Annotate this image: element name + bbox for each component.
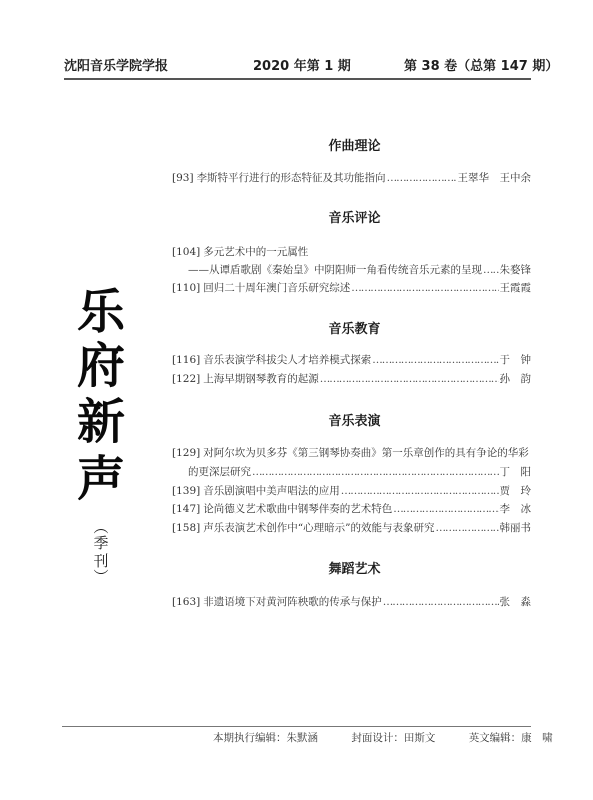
article-author: 王翠华 王中余: [458, 171, 532, 185]
article-title: 声乐表演艺术创作中“心理暗示”的效能与表象研究: [203, 521, 434, 535]
side-title-char-2: 府: [66, 342, 136, 390]
leader-dots: [341, 484, 499, 498]
article-author: 张 淼: [500, 595, 532, 609]
article-title: 多元艺术中的一元属性: [203, 245, 308, 259]
article-author: 丁 阳: [500, 465, 532, 479]
toc-entry[interactable]: [139] 音乐剧演唱中美声唱法的应用 贾 玲: [172, 484, 531, 498]
toc-entry-subtitle[interactable]: ——从谭盾歌剧《秦始皇》中阴阳师一角看传统音乐元素的呈现 朱婺锋: [188, 263, 531, 277]
article-title: 上海早期钢琴教育的起源: [203, 372, 319, 386]
page-number: [110]: [172, 281, 200, 295]
page-number: [104]: [172, 245, 200, 259]
issue-label: 2020 年第 1 期: [253, 55, 351, 74]
toc-entry[interactable]: [93] 李斯特平行进行的形态特征及其功能指向 王翠华 王中余: [172, 171, 531, 185]
english-editor: 英文编辑：康 啸: [469, 732, 553, 744]
page-number: [147]: [172, 502, 200, 516]
leader-dots: [372, 353, 498, 367]
toc-entry[interactable]: [104] 多元艺术中的一元属性: [172, 245, 531, 259]
subtitle-paren-open: ︵: [86, 520, 116, 535]
leader-dots: [393, 502, 498, 516]
article-title: 音乐表演学科拔尖人才培养模式探索: [203, 353, 371, 367]
article-author: 李 冰: [500, 502, 532, 516]
toc-entry-continuation[interactable]: 的更深层研究 丁 阳: [188, 465, 531, 479]
journal-name: 沈阳音乐学院学报: [64, 55, 168, 74]
volume-label: 第 38 卷（总第 147 期）: [404, 55, 558, 74]
leader-dots: [252, 465, 499, 479]
article-subtitle: ——从谭盾歌剧《秦始皇》中阴阳师一角看传统音乐元素的呈现: [188, 263, 482, 277]
section-title-music-education: 音乐教育: [58, 318, 593, 337]
toc-entry[interactable]: [110] 回归二十周年澳门音乐研究综述 王霞霞: [172, 281, 531, 295]
page-number: [158]: [172, 521, 200, 535]
footer-credits: 本期执行编辑：朱默涵 封面设计：田斯文 英文编辑：康 啸: [213, 730, 553, 745]
executive-editor: 本期执行编辑：朱默涵: [213, 732, 318, 744]
section-title-music-performance: 音乐表演: [58, 410, 593, 429]
page-number: [93]: [172, 171, 194, 185]
article-author: 孙 韵: [500, 372, 532, 386]
article-title: 李斯特平行进行的形态特征及其功能指向: [197, 171, 386, 185]
page-number: [122]: [172, 372, 200, 386]
toc-entry[interactable]: [116] 音乐表演学科拔尖人才培养模式探索 于 钟: [172, 353, 531, 367]
toc-entry[interactable]: [147] 论尚德义艺术歌曲中钢琴伴奏的艺术特色 李 冰: [172, 502, 531, 516]
leader-dots: [387, 171, 457, 185]
page-number: [116]: [172, 353, 200, 367]
toc-entry[interactable]: [122] 上海早期钢琴教育的起源 孙 韵: [172, 372, 531, 386]
leader-dots: [435, 521, 498, 535]
toc-entry[interactable]: [129] 对阿尔坎为贝多芬《第三钢琴协奏曲》第一乐章创作的具有争论的华彩: [172, 446, 531, 460]
leader-dots: [351, 281, 498, 295]
article-title-continued: 的更深层研究: [188, 465, 251, 479]
article-title: 论尚德义艺术歌曲中钢琴伴奏的艺术特色: [203, 502, 392, 516]
page-number: [129]: [172, 446, 200, 460]
article-title: 音乐剧演唱中美声唱法的应用: [203, 484, 340, 498]
section-title-music-criticism: 音乐评论: [58, 207, 593, 226]
header-rule: [64, 78, 531, 80]
article-author: 韩丽书: [500, 521, 532, 535]
article-title: 非遗语境下对黄河阵秧歌的传承与保护: [203, 595, 382, 609]
leader-dots: [383, 595, 499, 609]
page-number: [163]: [172, 595, 200, 609]
article-title: 对阿尔坎为贝多芬《第三钢琴协奏曲》第一乐章创作的具有争论的华彩: [203, 446, 529, 460]
leader-dots: [320, 372, 499, 386]
article-author: 朱婺锋: [500, 263, 532, 277]
page-number: [139]: [172, 484, 200, 498]
article-author: 王霞霞: [500, 281, 532, 295]
article-author: 贾 玲: [500, 484, 532, 498]
section-title-dance-art: 舞蹈艺术: [58, 558, 593, 577]
article-title: 回归二十周年澳门音乐研究综述: [203, 281, 350, 295]
leader-dots: [483, 263, 499, 277]
section-title-composition-theory: 作曲理论: [58, 135, 593, 154]
toc-entry[interactable]: [158] 声乐表演艺术创作中“心理暗示”的效能与表象研究 韩丽书: [172, 521, 531, 535]
article-author: 于 钟: [500, 353, 532, 367]
subtitle-char-1: 季: [86, 536, 116, 551]
toc-entry[interactable]: [163] 非遗语境下对黄河阵秧歌的传承与保护 张 淼: [172, 595, 531, 609]
cover-design: 封面设计：田斯文: [351, 732, 435, 744]
side-title-char-4: 声: [66, 455, 136, 503]
footer-rule: [62, 726, 531, 727]
